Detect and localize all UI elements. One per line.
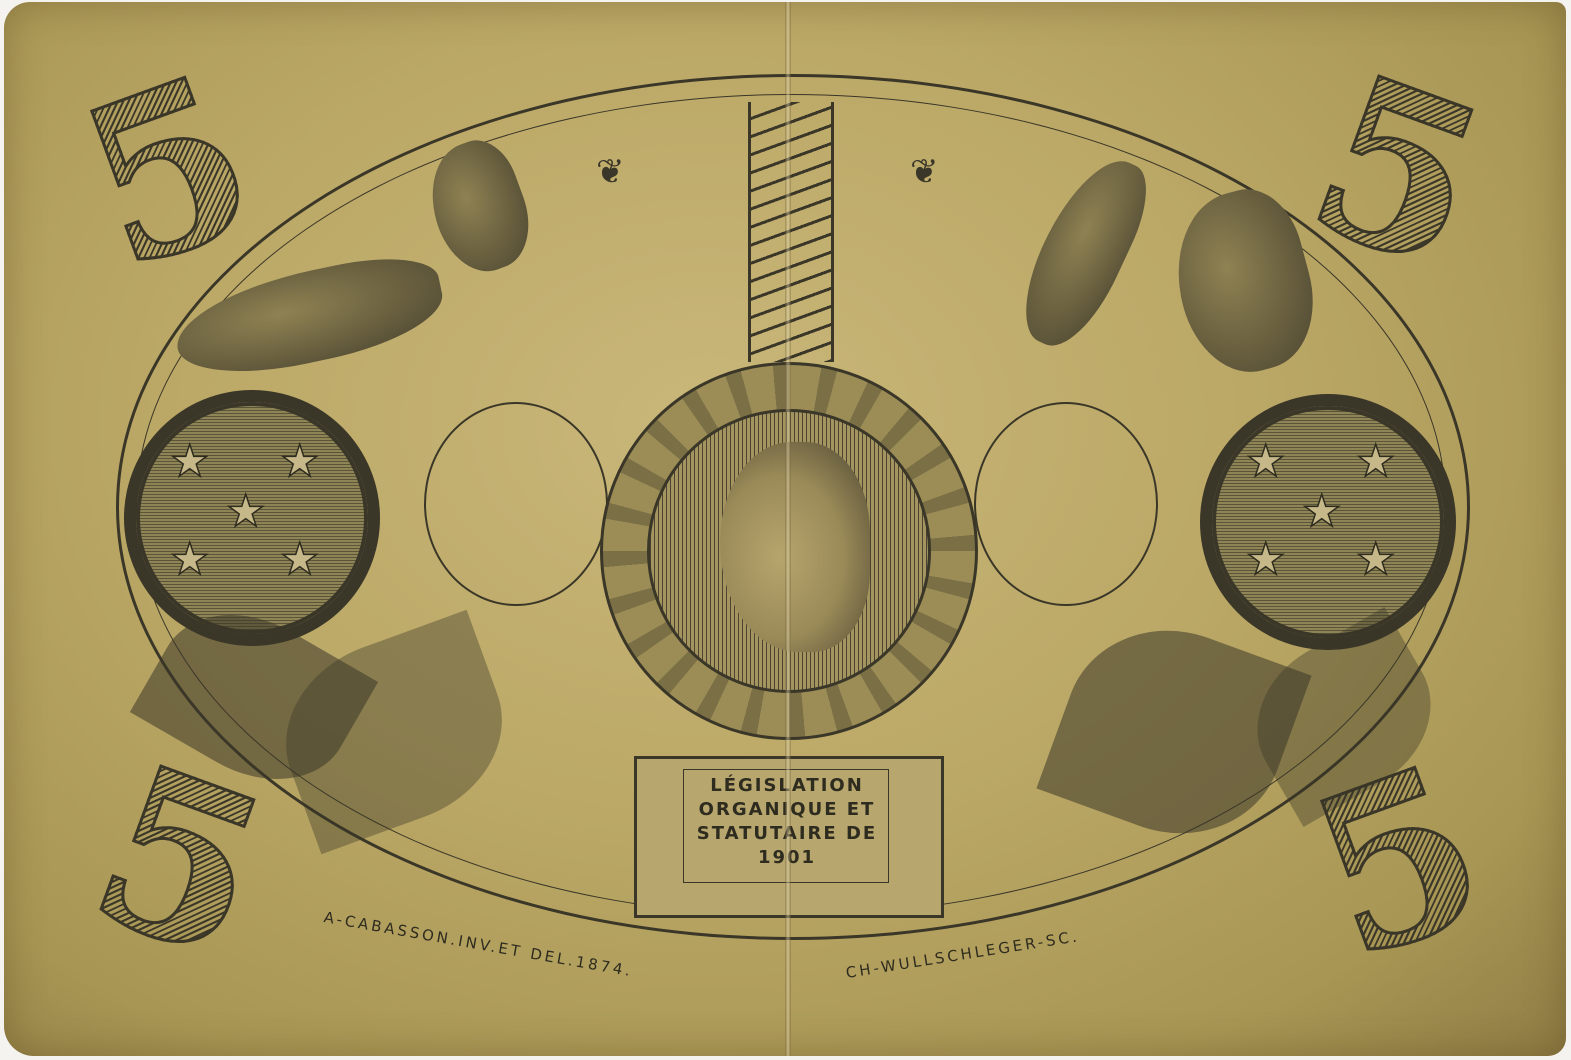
star-icon: ★ [1356, 436, 1395, 487]
banknote: 5 5 5 5 ❦ ❦ ★ ★ ★ ★ ★ ★ ★ ★ ★ ★ LÉGISLAT… [4, 2, 1566, 1056]
numeral-top-right: 5 [1289, 42, 1508, 301]
scroll-ornament-left [424, 402, 608, 606]
star-icon: ★ [1246, 436, 1285, 487]
star-icon: ★ [1246, 534, 1285, 585]
star-icon: ★ [226, 486, 265, 537]
star-icon: ★ [280, 534, 319, 585]
butterfly-left-icon: ❦ [596, 152, 625, 192]
star-icon: ★ [170, 436, 209, 487]
star-icon: ★ [280, 436, 319, 487]
star-medallion-right: ★ ★ ★ ★ ★ [1212, 406, 1444, 638]
numeral-top-left: 5 [59, 42, 278, 301]
caduceus-icon [748, 102, 834, 362]
star-medallion-left: ★ ★ ★ ★ ★ [136, 402, 368, 634]
star-icon: ★ [1302, 486, 1341, 537]
star-icon: ★ [170, 534, 209, 585]
female-portrait-icon [720, 442, 870, 652]
star-icon: ★ [1356, 534, 1395, 585]
center-fold-crease [785, 2, 791, 1056]
scroll-ornament-right [974, 402, 1158, 606]
butterfly-right-icon: ❦ [910, 152, 939, 192]
